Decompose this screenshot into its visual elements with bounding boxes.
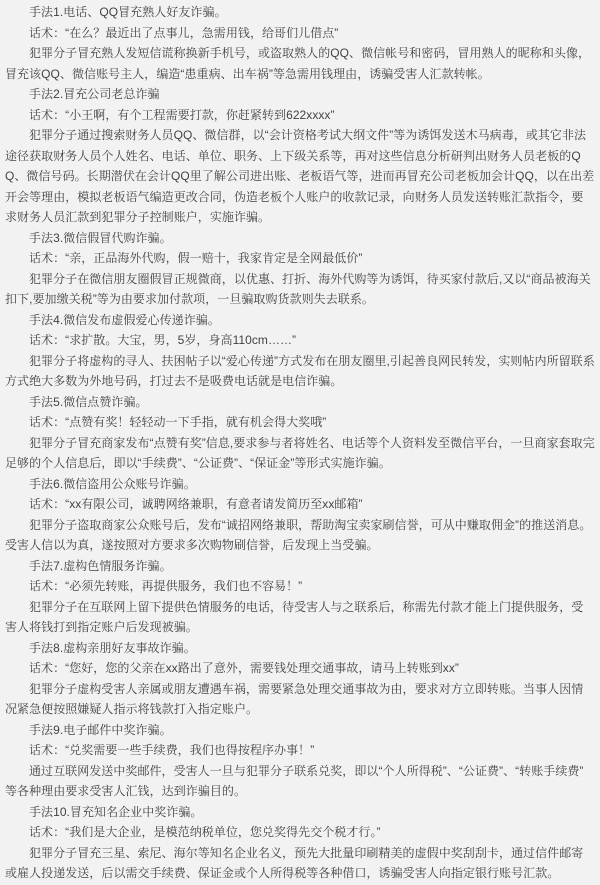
article-body: 手法1.电话、QQ冒充熟人好友诈骗。 话术：“在么？最近出了点事儿，急需用钱，给…: [0, 0, 600, 885]
description-paragraph: 犯罪分子盗取商家公众账号后，发布“诚招网络兼职，帮助淘宝卖家刷信誉，可从中赚取佣…: [5, 515, 595, 556]
description-paragraph: 犯罪分子冒充商家发布“点赞有奖”信息,要求参与者将姓名、电话等个人资料发至微信平…: [5, 433, 595, 474]
method-heading: 手法3.微信假冒代购诈骗。: [5, 228, 595, 249]
method-heading: 手法2.冒充公司老总诈骗: [5, 84, 595, 105]
description-paragraph: 犯罪分子通过搜索财务人员QQ、微信群，以“会计资格考试大纲文件”等为诱饵发送木马…: [5, 125, 595, 228]
script-line: 话术：“小王啊，有个工程需要打款，你赶紧转到622xxxx”: [5, 105, 595, 126]
script-line: 话术：“我们是大企业，是模范纳税单位，您兑奖得先交个税才行。”: [5, 822, 595, 843]
method-heading: 手法8.虚构亲朋好友事故诈骗。: [5, 638, 595, 659]
description-paragraph: 犯罪分子将虚构的寻人、扶困帖子以“爱心传递”方式发布在朋友圈里,引起善良网民转发…: [5, 351, 595, 392]
method-heading: 手法4.微信发布虚假爱心传递诈骗。: [5, 310, 595, 331]
script-line: 话术：“点赞有奖！轻轻动一下手指，就有机会得大奖哦”: [5, 412, 595, 433]
script-line: 话术：“您好，您的父亲在xx路出了意外，需要钱处理交通事故，请马上转账到xx”: [5, 658, 595, 679]
script-line: 话术：“必须先转账，再提供服务，我们也不容易！”: [5, 576, 595, 597]
description-paragraph: 犯罪分子冒充熟人发短信谎称换新手机号，或盗取熟人的QQ、微信帐号和密码，冒用熟人…: [5, 43, 595, 84]
description-paragraph: 犯罪分子在互联网上留下提供色情服务的电话，待受害人与之联系后，称需先付款才能上门…: [5, 597, 595, 638]
script-line: 话术：“xx有限公司，诚聘网络兼职，有意者请发简历至xx邮箱”: [5, 494, 595, 515]
method-heading: 手法6.微信盗用公众账号诈骗。: [5, 474, 595, 495]
method-heading: 手法10.冒充知名企业中奖诈骗。: [5, 802, 595, 823]
script-line: 话术：“兑奖需要一些手续费，我们也得按程序办事！”: [5, 740, 595, 761]
method-heading: 手法7.虚构色情服务诈骗。: [5, 556, 595, 577]
method-heading: 手法5.微信点赞诈骗。: [5, 392, 595, 413]
description-paragraph: 犯罪分子冒充三星、索尼、海尔等知名企业名义，预先大批量印刷精美的虚假中奖刮刮卡，…: [5, 843, 595, 884]
method-heading: 手法9.电子邮件中奖诈骗。: [5, 720, 595, 741]
description-paragraph: 通过互联网发送中奖邮件，受害人一旦与犯罪分子联系兑奖，即以“个人所得税”、“公证…: [5, 761, 595, 802]
method-heading: 手法1.电话、QQ冒充熟人好友诈骗。: [5, 2, 595, 23]
script-line: 话术：“亲，正品海外代购，假一赔十，我家肯定是全网最低价”: [5, 248, 595, 269]
script-line: 话术：“在么？最近出了点事儿，急需用钱，给哥们儿借点”: [5, 23, 595, 44]
description-paragraph: 犯罪分子在微信朋友圈假冒正规微商，以优惠、打折、海外代购等为诱饵，待买家付款后,…: [5, 269, 595, 310]
description-paragraph: 犯罪分子虚构受害人亲属或朋友遭遇车祸，需要紧急处理交通事故为由，要求对方立即转账…: [5, 679, 595, 720]
script-line: 话术：“求扩散。大宝，男，5岁，身高110cm……”: [5, 330, 595, 351]
